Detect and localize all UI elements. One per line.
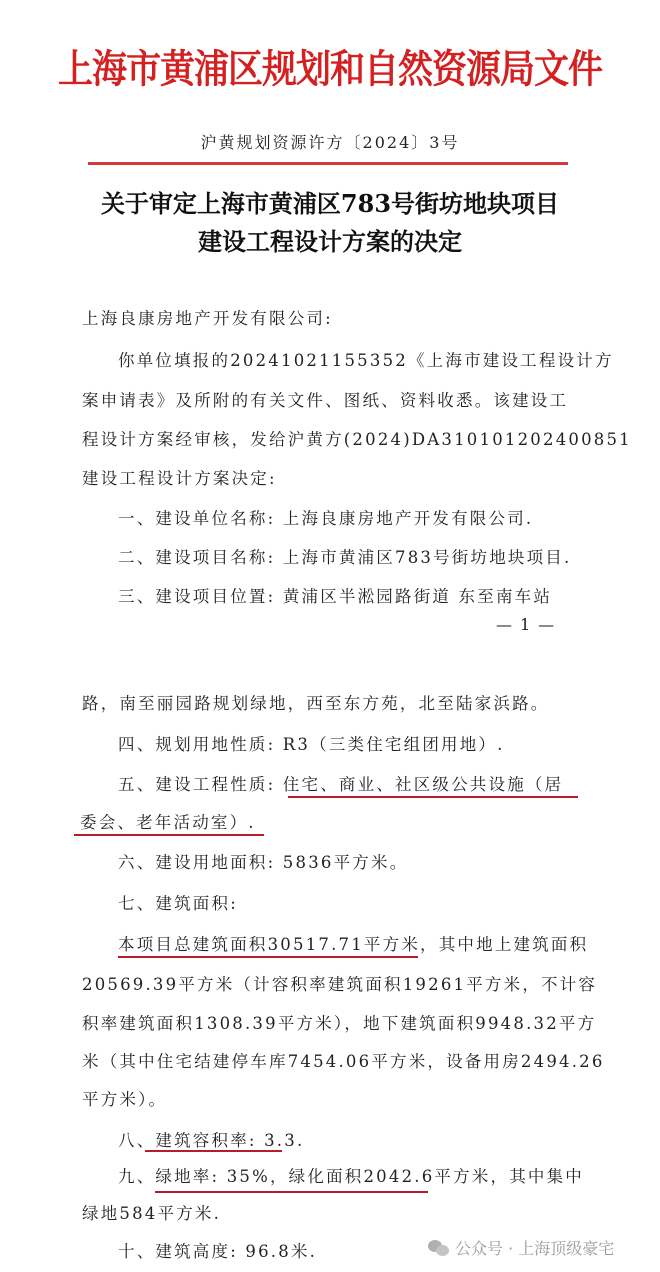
issuer-title: 上海市黄浦区规划和自然资源局文件: [0, 39, 660, 95]
document-title-line2: 建设工程设计方案的决定: [0, 222, 660, 257]
item-10: 十、建筑高度: 96.8米.: [118, 1238, 317, 1262]
item-9-part2: 绿地584平方米.: [82, 1200, 221, 1224]
item-5-part1: 五、建设工程性质: 住宅、商业、社区级公共设施（居: [118, 771, 563, 795]
intro-line: 程设计方案经审核，发给沪黄方(2024)DA310101202400851: [82, 426, 632, 450]
document-number: 沪黄规划资源许方〔2024〕3号: [0, 130, 660, 153]
item-6: 六、建设用地面积: 5836平方米。: [118, 849, 408, 873]
watermark-text: 公众号 · 上海顶级豪宅: [455, 1236, 614, 1259]
item-8: 八、建筑容积率: 3.3.: [118, 1127, 304, 1151]
item-7-line: 平方米）。: [82, 1086, 167, 1110]
item-7-line: 积率建筑面积1308.39平方米），地下建筑面积9948.32平方: [82, 1010, 596, 1034]
item-7-line: 本项目总建筑面积30517.71平方米，其中地上建筑面积: [118, 931, 588, 955]
highlight-underline: [155, 1191, 428, 1193]
item-7-line: 米（其中住宅结建停车库7454.06平方米，设备用房2494.26: [82, 1048, 605, 1072]
item-4: 四、规划用地性质: R3（三类住宅组团用地）.: [118, 731, 505, 755]
item-1: 一、建设单位名称: 上海良康房地产开发有限公司.: [118, 505, 533, 529]
addressee: 上海良康房地产开发有限公司:: [82, 305, 333, 329]
item-9-part1: 九、绿地率: 35%，绿化面积2042.6平方米，其中集中: [118, 1163, 584, 1187]
intro-line: 建设工程设计方案决定:: [82, 465, 277, 489]
highlight-underline: [118, 956, 418, 958]
watermark: 公众号 · 上海顶级豪宅: [428, 1236, 614, 1259]
highlight-underline: [74, 834, 264, 836]
item-7-heading: 七、建筑面积:: [118, 890, 238, 914]
page-number: —1—: [496, 615, 562, 634]
item-5-part2: 委会、老年活动室）.: [80, 809, 256, 833]
highlight-underline: [288, 796, 578, 798]
document-title-line1: 关于审定上海市黄浦区783号街坊地块项目: [0, 184, 660, 219]
item-3-part2: 路，南至丽园路规划绿地，西至东方苑，北至陆家浜路。: [82, 690, 550, 714]
red-divider: [88, 162, 568, 165]
highlight-underline: [145, 1150, 282, 1152]
intro-line: 你单位填报的20241021155352《上海市建设工程设计方: [118, 347, 614, 371]
intro-line: 案申请表》及所附的有关文件、图纸、资料收悉。该建设工: [82, 387, 568, 411]
wechat-icon: [428, 1240, 450, 1256]
item-3-part1: 三、建设项目位置: 黄浦区半淞园路街道 东至南车站: [118, 583, 552, 607]
item-2: 二、建设项目名称: 上海市黄浦区783号街坊地块项目.: [118, 544, 571, 568]
item-7-line: 20569.39平方米（计容积率建筑面积19261平方米，不计容: [82, 971, 597, 995]
